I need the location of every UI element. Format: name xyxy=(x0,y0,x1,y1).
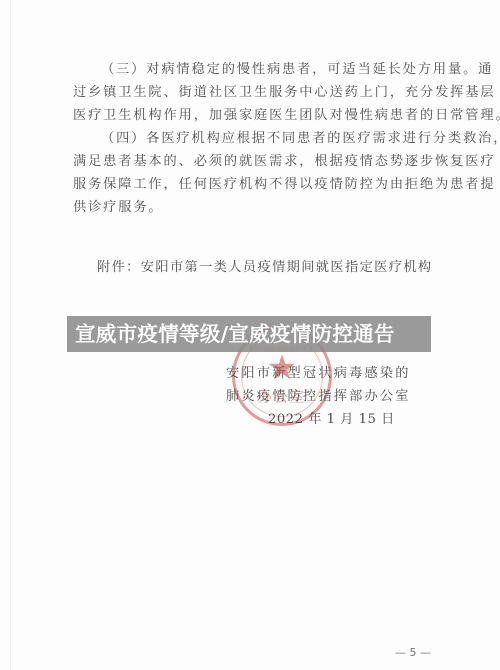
page-edge-line xyxy=(10,0,11,670)
paragraph-line: 服务保障工作，任何医疗机构不得以疫情防控为由拒绝为患者提 xyxy=(73,177,495,193)
signature-date: 2022 年 1 月 15 日 xyxy=(268,408,395,427)
signature-org-line2: 肺炎疫情防控指挥部办公室 xyxy=(226,385,411,404)
signature-org-line1: 安阳市新型冠状病毒感染的 xyxy=(226,362,411,381)
banner-title: 宣威市疫情等级/宣威疫情防控通告 xyxy=(75,320,395,348)
title-banner: 宣威市疫情等级/宣威疫情防控通告 xyxy=(67,316,431,352)
paragraph-line: （四）各医疗机构应根据不同患者的医疗需求进行分类救治， xyxy=(101,131,500,147)
paragraph-line: 供诊疗服务。 xyxy=(73,200,164,216)
attachment-text: 附件：安阳市第一类人员疫情期间就医指定医疗机构 xyxy=(97,260,433,276)
paragraph-line: （三）对病情稳定的慢性病患者，可适当延长处方用量。通 xyxy=(101,62,493,78)
page-number: — 5 — xyxy=(395,646,431,659)
paragraph-line: 满足患者基本的、必须的就医需求，根据疫情态势逐步恢复医疗 xyxy=(73,154,495,170)
paragraph-line: 过乡镇卫生院、街道社区卫生服务中心送药上门，充分发挥基层 xyxy=(73,85,495,101)
paragraph-line: 医疗卫生机构作用，加强家庭医生团队对慢性病患者的日常管理。 xyxy=(73,108,500,124)
